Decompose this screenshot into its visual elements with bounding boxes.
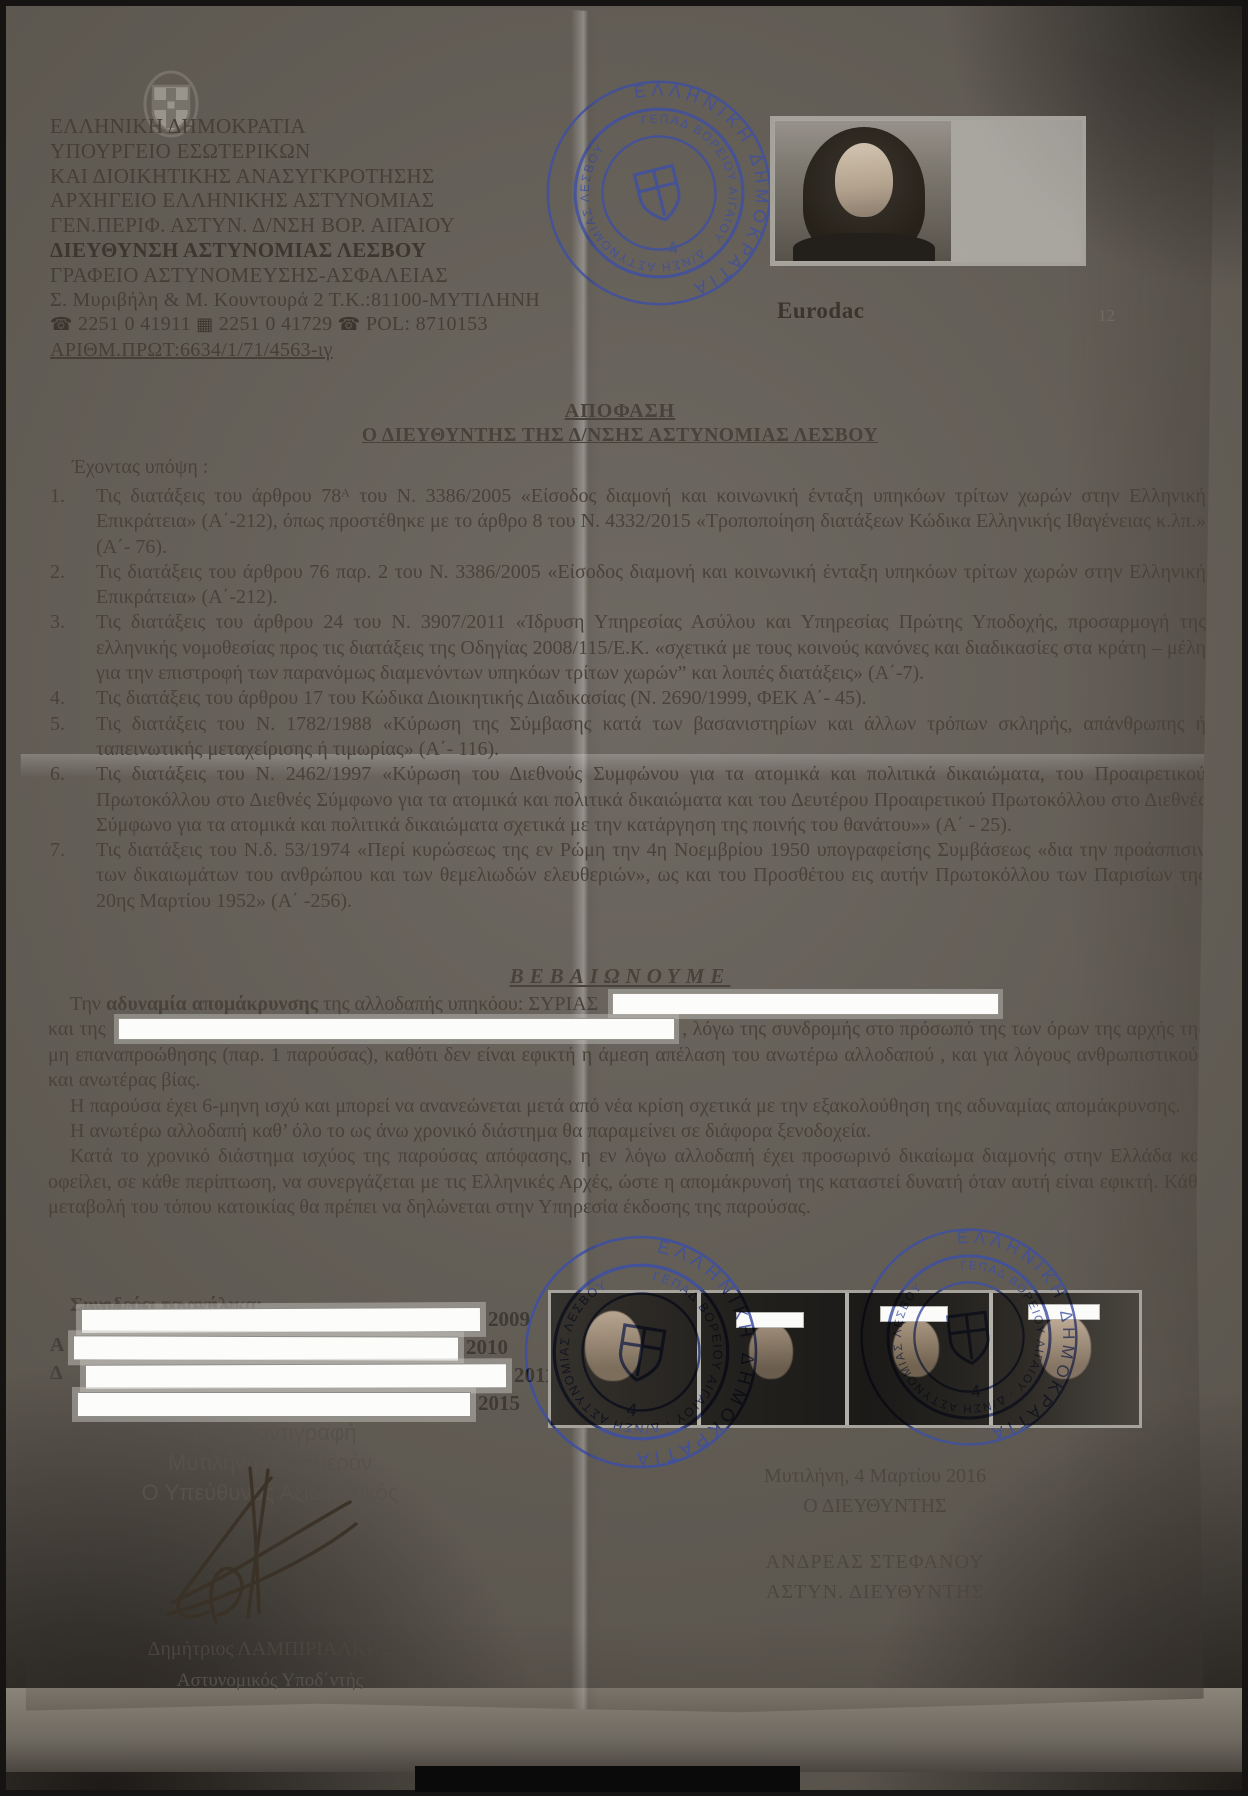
redaction-box bbox=[74, 1336, 458, 1360]
dark-object-on-table bbox=[415, 1766, 800, 1792]
photo-divider bbox=[845, 1293, 849, 1425]
org-line: ΑΡΧΗΓΕΙΟ ΕΛΛΗΝΙΚΗΣ ΑΣΤΥΝΟΜΙΑΣ bbox=[50, 188, 610, 213]
legal-item: 4.Τις διατάξεις του άρθρου 17 του Κώδικα… bbox=[48, 686, 1206, 711]
eurodac-label: Eurodac bbox=[777, 298, 864, 324]
certify-paragraph-3: Η ανωτέρω αλλοδαπή καθ’ όλο το ως άνω χρ… bbox=[48, 1119, 1206, 1144]
redaction-box bbox=[613, 994, 998, 1014]
authority-heading: Ο ΔΙΕΥΘΥΝΤΗΣ ΤΗΣ Δ/ΝΣΗΣ ΑΣΤΥΝΟΜΙΑΣ ΛΕΣΒΟ… bbox=[40, 425, 1200, 447]
certify-paragraph-1: Την αδυναμία απομάκρυνσης της αλλοδαπής … bbox=[48, 992, 1206, 1094]
letterhead: ΕΛΛΗΝΙΚΗ ΔΗΜΟΚΡΑΤΙΑ ΥΠΟΥΡΓΕΙΟ ΕΣΩΤΕΡΙΚΩΝ… bbox=[50, 114, 610, 363]
minor-birth-year: 2010 bbox=[466, 1335, 508, 1360]
face-shape bbox=[835, 143, 893, 217]
stamp-number: 4 bbox=[970, 1381, 982, 1401]
stamp-emblem-icon bbox=[948, 1312, 991, 1365]
redaction-box bbox=[82, 1308, 480, 1333]
id-photo-frame bbox=[770, 116, 1086, 266]
org-line: ΚΑΙ ΔΙΟΙΚΗΤΙΚΗΣ ΑΝΑΣΥΓΚΡΟΤΗΣΗΣ bbox=[50, 164, 610, 189]
protocol-label: ΑΡΙΘΜ.ΠΡΩΤ: bbox=[50, 339, 180, 361]
round-police-stamp: ΕΛΛΗΝΙΚΗ ΔΗΜΟΚΡΑΤΙΑ ΓΕΠΑΔ ΒΟΡΕΙΟΥ ΑΙΓΑΙΟ… bbox=[843, 1211, 1095, 1463]
phone-number: 2251 0 41911 bbox=[78, 313, 191, 335]
round-police-stamp: ΕΛΛΗΝΙΚΗ ΔΗΜΟΚΡΑΤΙΑ ΓΕΠΑΔ ΒΟΡΕΙΟΥ ΑΙΓΑΙΟ… bbox=[503, 1214, 780, 1491]
minor-name-fragment: Α bbox=[50, 1334, 64, 1357]
pol-number: POL: 8710153 bbox=[366, 313, 488, 335]
redaction-box bbox=[119, 1019, 674, 1039]
protocol-number: 6634/1/71/4563-ιγ bbox=[180, 339, 333, 361]
legal-considerations-list: 1.Τις διατάξεις του άρθρου 78ᴬ του Ν. 33… bbox=[48, 484, 1206, 914]
org-line-directorate: ΔΙΕΥΘΥΝΣΗ ΑΣΤΥΝΟΜΙΑΣ ΛΕΣΒΟΥ bbox=[50, 238, 610, 263]
fax-number: 2251 0 41729 bbox=[219, 313, 333, 335]
officer-rank: Αστυνομικός Υποδ΄ντής bbox=[80, 1666, 460, 1696]
legal-item: 6.Τις διατάξεις του Ν. 2462/1997 «Κύρωση… bbox=[48, 762, 1206, 838]
certify-paragraph-2: Η παρούσα έχει 6-μηνη ισχύ και μπορεί να… bbox=[48, 1094, 1206, 1119]
handwritten-signature bbox=[138, 1462, 388, 1632]
document-title: ΑΠΟΦΑΣΗ Ο ΔΙΕΥΘΥΝΤΗΣ ΤΗΣ Δ/ΝΣΗΣ ΑΣΤΥΝΟΜΙ… bbox=[40, 400, 1200, 447]
director-rank: ΑΣΤΥΝ. ΔΙΕΥΘΥΝΤΗΣ bbox=[655, 1577, 1095, 1607]
copy-line: Για την αντιγραφή bbox=[80, 1418, 460, 1448]
photographed-document: ΕΛΛΗΝΙΚΗ ΔΗΜΟΚΡΑΤΙΑ ΥΠΟΥΡΓΕΙΟ ΕΣΩΤΕΡΙΚΩΝ… bbox=[0, 0, 1248, 1796]
stamp-number: 4 bbox=[625, 1399, 638, 1420]
protocol-line: ΑΡΙΘΜ.ΠΡΩΤ:6634/1/71/4563-ιγ bbox=[50, 338, 610, 363]
phone-icon: ☎ bbox=[338, 314, 361, 335]
legal-item: 1.Τις διατάξεις του άρθρου 78ᴬ του Ν. 33… bbox=[48, 484, 1206, 560]
director-name: ΑΝΔΡΕΑΣ ΣΤΕΦΑΝΟΥ bbox=[655, 1547, 1095, 1577]
stamp-emblem-icon bbox=[617, 1325, 665, 1383]
redaction-box bbox=[86, 1364, 506, 1388]
signer-role: Ο ΔΙΕΥΘΥΝΤΗΣ bbox=[655, 1491, 1095, 1521]
org-line: ΓΕΝ.ΠΕΡΙΦ. ΑΣΤΥΝ. Δ/ΝΣΗ ΒΟΡ. ΑΙΓΑΙΟΥ bbox=[50, 213, 610, 238]
legal-item: 3.Τις διατάξεις του άρθρου 24 του Ν. 390… bbox=[48, 610, 1206, 686]
minor-name-fragment: Δ bbox=[50, 1362, 63, 1385]
portrait-photo bbox=[775, 121, 951, 261]
shoulders-shape bbox=[793, 233, 935, 261]
certification-text: Την αδυναμία απομάκρυνσης της αλλοδαπής … bbox=[48, 992, 1206, 1221]
fax-icon: ▦ bbox=[196, 314, 213, 335]
legal-item: 2.Τις διατάξεις του άρθρου 76 παρ. 2 του… bbox=[48, 560, 1206, 611]
certify-heading: ΒΕΒΑΙΩΝΟΥΜΕ bbox=[40, 964, 1200, 989]
document-paper: ΕΛΛΗΝΙΚΗ ΔΗΜΟΚΡΑΤΙΑ ΥΠΟΥΡΓΕΙΟ ΕΣΩΤΕΡΙΚΩΝ… bbox=[20, 6, 1218, 1714]
legal-item: 5.Τις διατάξεις του Ν. 1782/1988 «Κύρωση… bbox=[48, 712, 1206, 763]
non-removal-bold: αδυναμία απομάκρυνσης bbox=[106, 993, 318, 1015]
certify-paragraph-4: Κατά το χρονικό διάστημα ισχύος της παρο… bbox=[48, 1144, 1206, 1220]
having-regard-label: Έχοντας υπόψη : bbox=[72, 456, 208, 479]
phone-icon: ☎ bbox=[50, 314, 73, 335]
org-line: ΓΡΑΦΕΙΟ ΑΣΤΥΝΟΜΕΥΣΗΣ-ΑΣΦΑΛΕΙΑΣ bbox=[50, 263, 610, 288]
page-number: 12 bbox=[1098, 306, 1115, 326]
contact-line: ☎ 2251 0 41911 ▦ 2251 0 41729 ☎ POL: 871… bbox=[50, 312, 610, 338]
decision-heading: ΑΠΟΦΑΣΗ bbox=[40, 400, 1200, 423]
redaction-box bbox=[78, 1393, 470, 1416]
address-line: Σ. Μυριβήλη & Μ. Κουντουρά 2 Τ.Κ.:81100-… bbox=[50, 288, 610, 313]
legal-item: 7.Τις διατάξεις του Ν.δ. 53/1974 «Περί κ… bbox=[48, 838, 1206, 914]
stamp-number: 4 bbox=[665, 237, 680, 259]
stamp-emblem-icon bbox=[634, 166, 684, 225]
director-signature-block: Μυτιλήνη, 4 Μαρτίου 2016 Ο ΔΙΕΥΘΥΝΤΗΣ ΑΝ… bbox=[655, 1461, 1095, 1607]
date-place-line: Μυτιλήνη, 4 Μαρτίου 2016 bbox=[655, 1461, 1095, 1491]
officer-name: Δημήτριος ΛΑΜΠΙΡΙΑΛΚΗΣ bbox=[80, 1634, 460, 1664]
signature-space bbox=[655, 1521, 1095, 1547]
